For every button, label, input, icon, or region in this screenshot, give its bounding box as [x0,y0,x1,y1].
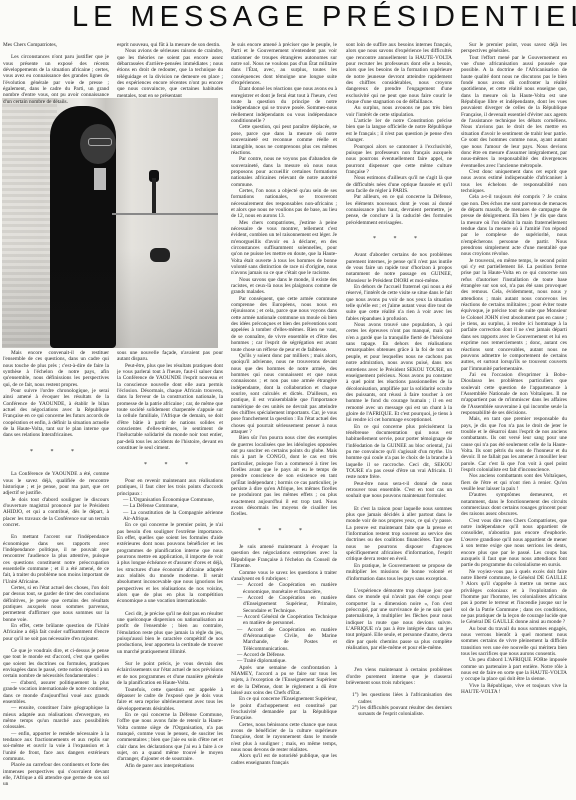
paragraph: Cela a-t-il toujours été compris ? Je cr… [461,194,567,257]
paragraph: sont loin de suffire aux besoins interne… [346,42,452,105]
paragraph: Avant d'aborder certains de nos problème… [346,252,452,284]
list-item: 1°) les questions liées à l'africanisati… [346,692,452,705]
paragraph: Je trouverai, en même temps, le second p… [461,258,567,372]
paragraph: En ce qui concerne plus précisément la t… [346,424,452,481]
paragraph: Certes, l'on nous a objecté qu'au sein d… [231,188,337,220]
section-separator: * * * [3,449,109,455]
paragraph: Certes, nous bénissons cette chance que … [231,722,337,754]
section-separator: * * * [346,236,452,242]
paragraph: Nous savons que dans le monde, il existe… [231,277,337,296]
paragraph: Les circonstances n'ont paru justifier q… [3,54,109,105]
paragraph: Mais encore convenait-il de restituer l'… [3,350,109,388]
closing-line: Vive la République, vive et toujours viv… [461,683,567,696]
paragraph: sous une nouvelle façade, n'avaient pas … [117,350,223,363]
paragraph: Par conséquent, que cette armée commune … [231,296,337,353]
paragraph: Mais, en tant que premier responsable du… [461,416,567,473]
paragraph: En pratique, le Gouvernement se propose … [346,563,452,582]
paragraph: Nous avons trouvé une population, à qui … [346,322,452,424]
paragraph: Alors qu'il est de notoriété publique, q… [231,753,337,766]
paragraph: Pour suivre l'ordre chronologique, je se… [3,388,109,439]
paragraph: Étant donné les réactions que nous avons… [231,86,337,124]
list-item: — Accord de Coopération en matière d'Ens… [231,595,337,614]
paragraph: Ceci dit, je précise qu'il ne doit pas e… [117,611,223,655]
paragraph: Sur le point précis, je vous devrais des… [117,661,223,686]
column-3: Je suis encore amené à préciser que le p… [231,42,337,800]
paragraph: En effet, cette brûlante question de l'U… [3,623,109,642]
column-2-continued: sous une nouvelle façade, n'avaient pas … [117,350,223,769]
paragraph: Certes, si en l'état actuel des choses, … [3,585,109,623]
paragraph: Et c'est la raison pour laquelle nous so… [346,506,452,563]
paragraph: Peut-être, plus que les résultats pratiq… [117,363,223,452]
list-item: — ensuite, constituer l'aire géographiqu… [3,705,109,730]
paragraph: En mettant l'accent sur l'indépendance é… [3,534,109,585]
paragraph: Comme vous le savez les questions à trai… [231,570,337,583]
paragraph: Qu'ils y soient donc par milliers ; mais… [231,353,337,435]
paragraph: L'article 1er de notre Constitution préc… [346,118,452,143]
paragraph: Je suis encore amené à préciser que le p… [231,42,337,86]
paragraph: Peut-être nous sera-t-il donné de nous r… [346,481,452,500]
column-5: Sur le premier point, vous savez déjà le… [461,42,567,800]
paragraph: La Conférence de YAOUNDE a été, comme vo… [3,471,109,496]
paragraph: En ce qui concerne l'Enseignement Supéri… [231,696,337,721]
paragraph: L'expérience démontre trop chaque jour q… [346,588,452,651]
paragraph: D'autres symptômes demeurent, et notamme… [461,492,567,517]
list-item: — d'abord, assurer politiquement la plus… [3,680,109,705]
list-item: — Accord Général de Coopération Techniqu… [231,614,337,627]
list-item: 2°) les difficultés pouvant résulter des… [346,705,452,718]
paragraph: Au bout du travail du nous sommes engagé… [461,626,567,658]
paragraph: Je dois tout d'abord souligner le discou… [3,497,109,529]
paragraph: Afin de parer aux interprétations [117,763,223,769]
paragraph: C'est vous dire mes Chers Compatriotes, … [461,518,567,569]
list-item: — enfin, apporter le remède nécessaire à… [3,731,109,763]
salutation: Mes Chers Compatriotes, [3,42,109,48]
paragraph: Pourquoi alors se cantonner à l'exclusiv… [346,144,452,176]
paragraph: Mes chers compatriotes, j'estime à peine… [231,220,337,277]
paragraph: Par contre, nous ne voyons pas d'abandon… [231,156,337,188]
paragraph: Ne voyiez-vous pas à quels excès doit fa… [461,569,567,626]
paragraph: Ce que je voudrais dire, et ci-dessus je… [3,648,109,680]
paragraph: Au surplus, nous avouons ne pas très bie… [346,105,452,118]
paragraph: Nous estimons d'ailleurs qu'il ne s'agit… [346,175,452,194]
paragraph: Un peu d'abord L'AFRIQUE FORte imposée c… [461,657,567,682]
paragraph: En ce qui concerne la Défense Commune, l… [117,712,223,763]
paragraph: Après une semaine de confrontation à NIA… [231,665,337,697]
column-1-continued: Mais encore convenait-il de restituer l'… [3,350,109,788]
paragraph: Je suis amené maintenant à évoquer la qu… [231,544,337,569]
paragraph: Pour en revenir maintenant aux réalisati… [117,478,223,497]
paragraph: Toutefois, cette question est appelée à … [117,687,223,712]
paragraph: J'ai eu l'occasion d'exprimer à Bobo-Dio… [461,372,567,416]
column-1: Mes Chers Compatriotes, Les circonstance… [3,42,109,800]
paragraph: J'en viens maintenant à certains problèm… [346,667,452,686]
paragraph: En ce qui concerne le premier point, je … [117,522,223,604]
paragraph: Sur le premier point, vous savez déjà le… [461,42,567,55]
paragraph: Nos anciens combattants sont des Voltaïq… [461,473,567,492]
section-separator: * * * [231,528,337,534]
paragraph: Nous avions de sérieuses raisons de crai… [117,48,223,99]
paragraph: Tout l'effort mené par le Gouvernement e… [461,55,567,169]
list-item: — Accord de Coopération en matière d'Aér… [231,627,337,652]
headline: LE MESSAGE PRÉSIDENTIEL [0,0,576,34]
paragraph: Placée au carrefour des continents et fo… [3,762,109,787]
section-separator: * * * [117,462,223,468]
paragraph: En dehors de l'accueil fraternel qui nou… [346,284,452,322]
paragraph: C'est donc uniquement dans cet esprit qu… [461,169,567,194]
paragraph: Bien sûr l'on pourra nous citer des exem… [231,435,337,517]
paragraph: Par ailleurs, en ce qui concerne la Défe… [346,194,452,226]
column-2: esprit nouveau, qui fût à la mesure de s… [117,42,223,800]
list-item: — Accord de Coopération en matière écono… [231,582,337,595]
column-4: sont loin de suffire aux besoins interne… [346,42,452,800]
paragraph: Cette question, qui peut paraître déplac… [231,124,337,156]
list-item: — La constitution de la Compagnie aérien… [117,510,223,523]
